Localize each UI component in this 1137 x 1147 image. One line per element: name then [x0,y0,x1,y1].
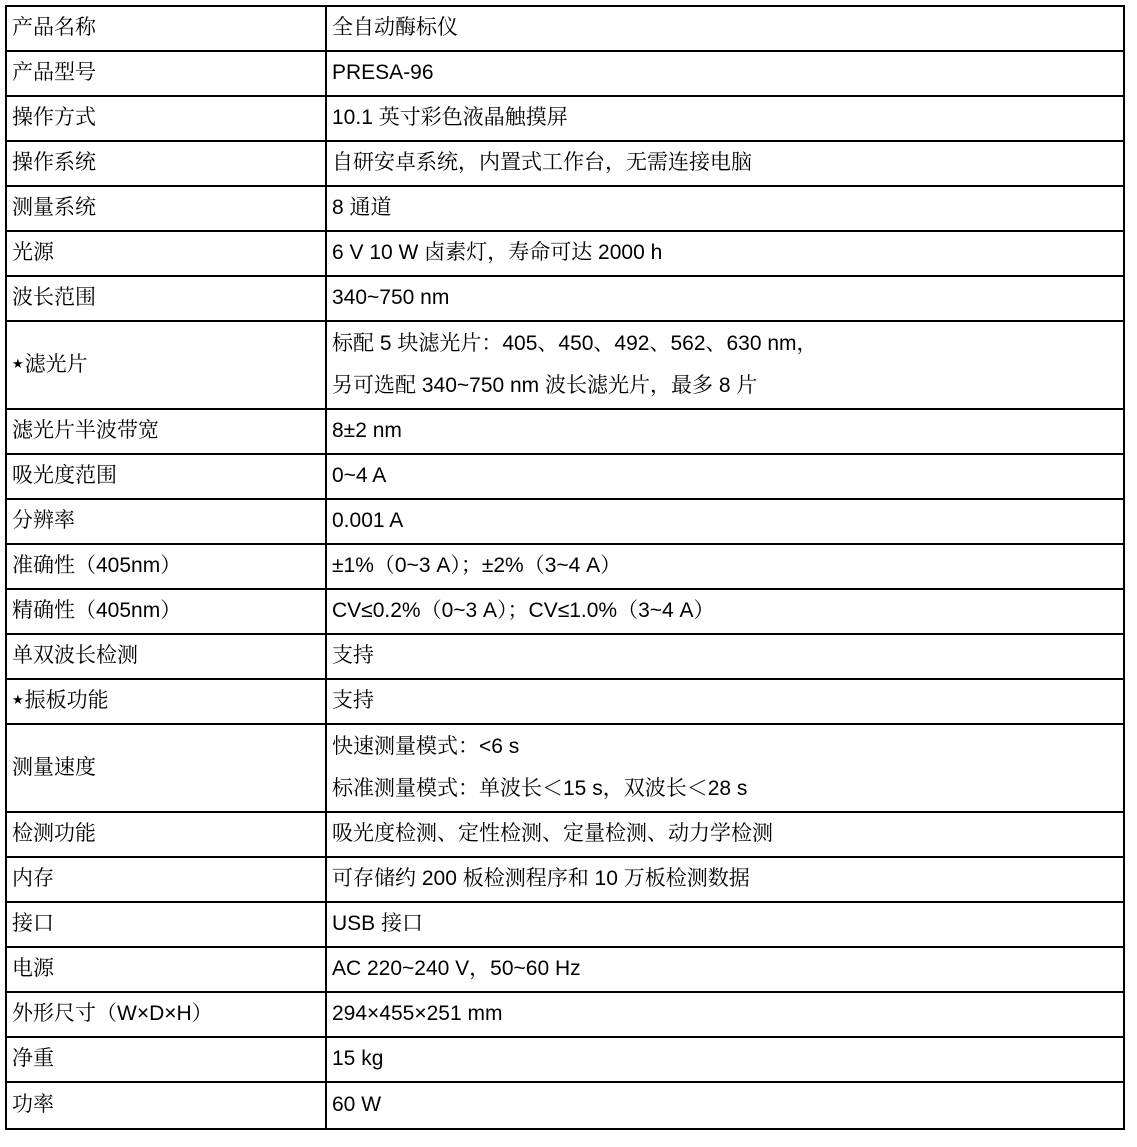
spec-label-cell: 外形尺寸（W×D×H） [7,993,327,1036]
spec-label-cell: 单双波长检测 [7,635,327,678]
spec-label-cell: 产品型号 [7,52,327,95]
spec-label: 功率 [12,1092,54,1118]
spec-label: 净重 [12,1046,54,1072]
table-row: 操作方式 10.1 英寸彩色液晶触摸屏 [7,97,1123,142]
spec-label-cell: 光源 [7,232,327,275]
spec-label-cell: 功率 [7,1083,327,1128]
spec-label: 测量速度 [12,755,96,781]
spec-label-cell: 滤光片半波带宽 [7,410,327,453]
table-row: 功率 60 W [7,1083,1123,1128]
spec-value-line: 15 kg [332,1039,1117,1080]
spec-value-cell: PRESA-96 [327,52,1123,95]
spec-label: 检测功能 [12,821,96,847]
spec-label: 波长范围 [12,285,96,311]
table-row: 检测功能 吸光度检测、定性检测、定量检测、动力学检测 [7,813,1123,858]
spec-value-line: 快速测量模式：<6 s [332,726,1117,768]
spec-label-cell: 检测功能 [7,813,327,856]
spec-sheet-page: 产品名称 全自动酶标仪 产品型号 PRESA-96 操作方式 10.1 英寸彩色… [0,0,1137,1147]
spec-value-line: 60 W [332,1085,1117,1126]
spec-label-cell: 接口 [7,903,327,946]
spec-label: 准确性（405nm） [12,553,181,579]
spec-label: 操作方式 [12,105,96,131]
spec-label-cell: 测量系统 [7,187,327,230]
spec-value-line: 8±2 nm [332,411,1117,452]
spec-label-cell: 吸光度范围 [7,455,327,498]
spec-value-cell: 吸光度检测、定性检测、定量检测、动力学检测 [327,813,1123,856]
star-marker-icon: ★ [12,692,24,708]
spec-value-cell: 294×455×251 mm [327,993,1123,1036]
spec-value-cell: 0.001 A [327,500,1123,543]
spec-value-line: 标准测量模式：单波长＜15 s，双波长＜28 s [332,768,1117,810]
table-row: 单双波长检测 支持 [7,635,1123,680]
spec-value-cell: 0~4 A [327,455,1123,498]
spec-value-line: 标配 5 块滤光片：405、450、492、562、630 nm， [332,323,1117,365]
spec-value-line: AC 220~240 V，50~60 Hz [332,949,1117,990]
spec-label: 光源 [12,240,54,266]
spec-label: 操作系统 [12,150,96,176]
spec-label: 内存 [12,866,54,892]
spec-value-cell: 全自动酶标仪 [327,7,1123,50]
table-row: 测量速度 快速测量模式：<6 s标准测量模式：单波长＜15 s，双波长＜28 s [7,725,1123,813]
spec-value-cell: 10.1 英寸彩色液晶触摸屏 [327,97,1123,140]
table-row: 内存 可存储约 200 板检测程序和 10 万板检测数据 [7,858,1123,903]
spec-value-line: 0.001 A [332,501,1117,542]
spec-label-cell: 净重 [7,1038,327,1081]
spec-label-cell: ★滤光片 [7,322,327,408]
product-spec-table: 产品名称 全自动酶标仪 产品型号 PRESA-96 操作方式 10.1 英寸彩色… [5,5,1125,1130]
spec-value-cell: 60 W [327,1083,1123,1128]
spec-label-cell: 波长范围 [7,277,327,320]
spec-value-cell: 支持 [327,680,1123,723]
spec-value-line: USB 接口 [332,904,1117,945]
spec-label: 滤光片半波带宽 [12,418,159,444]
spec-label: 测量系统 [12,195,96,221]
spec-label: 精确性（405nm） [12,598,181,624]
spec-value-cell: 标配 5 块滤光片：405、450、492、562、630 nm，另可选配 34… [327,322,1123,408]
spec-label: 接口 [12,911,54,937]
spec-value-line: 吸光度检测、定性检测、定量检测、动力学检测 [332,814,1117,855]
spec-value-line: ±1%（0~3 A）；±2%（3~4 A） [332,546,1117,587]
spec-value-line: 6 V 10 W 卤素灯，寿命可达 2000 h [332,233,1117,274]
spec-label: 单双波长检测 [12,643,138,669]
table-row: 产品名称 全自动酶标仪 [7,7,1123,52]
spec-value-cell: 8 通道 [327,187,1123,230]
spec-value-line: 另可选配 340~750 nm 波长滤光片，最多 8 片 [332,365,1117,407]
spec-value-line: PRESA-96 [332,53,1117,94]
table-row: ★滤光片 标配 5 块滤光片：405、450、492、562、630 nm，另可… [7,322,1123,410]
table-row: ★振板功能 支持 [7,680,1123,725]
spec-value-line: 全自动酶标仪 [332,8,1117,49]
spec-value-line: 自研安卓系统，内置式工作台，无需连接电脑 [332,143,1117,184]
table-row: 波长范围 340~750 nm [7,277,1123,322]
table-row: 滤光片半波带宽 8±2 nm [7,410,1123,455]
table-row: 产品型号 PRESA-96 [7,52,1123,97]
table-row: 操作系统 自研安卓系统，内置式工作台，无需连接电脑 [7,142,1123,187]
spec-value-cell: 340~750 nm [327,277,1123,320]
spec-label-cell: 操作系统 [7,142,327,185]
spec-label: 外形尺寸（W×D×H） [12,1001,213,1027]
spec-value-cell: ±1%（0~3 A）；±2%（3~4 A） [327,545,1123,588]
spec-value-line: 340~750 nm [332,278,1117,319]
spec-value-cell: 支持 [327,635,1123,678]
spec-value-cell: 自研安卓系统，内置式工作台，无需连接电脑 [327,142,1123,185]
table-row: 精确性（405nm） CV≤0.2%（0~3 A）；CV≤1.0%（3~4 A） [7,590,1123,635]
spec-value-cell: 可存储约 200 板检测程序和 10 万板检测数据 [327,858,1123,901]
table-row: 电源 AC 220~240 V，50~60 Hz [7,948,1123,993]
spec-label-cell: 产品名称 [7,7,327,50]
spec-label-cell: 电源 [7,948,327,991]
table-row: 外形尺寸（W×D×H） 294×455×251 mm [7,993,1123,1038]
spec-value-cell: 8±2 nm [327,410,1123,453]
spec-label-cell: 内存 [7,858,327,901]
spec-value-line: 294×455×251 mm [332,994,1117,1035]
spec-value-line: 可存储约 200 板检测程序和 10 万板检测数据 [332,859,1117,900]
spec-value-cell: CV≤0.2%（0~3 A）；CV≤1.0%（3~4 A） [327,590,1123,633]
spec-value-cell: USB 接口 [327,903,1123,946]
table-row: 测量系统 8 通道 [7,187,1123,232]
spec-value-line: CV≤0.2%（0~3 A）；CV≤1.0%（3~4 A） [332,591,1117,632]
spec-label-cell: 分辨率 [7,500,327,543]
spec-value-line: 10.1 英寸彩色液晶触摸屏 [332,98,1117,139]
spec-value-line: 8 通道 [332,188,1117,229]
table-row: 分辨率 0.001 A [7,500,1123,545]
spec-value-line: 支持 [332,636,1117,677]
spec-value-cell: 快速测量模式：<6 s标准测量模式：单波长＜15 s，双波长＜28 s [327,725,1123,811]
table-row: 准确性（405nm） ±1%（0~3 A）；±2%（3~4 A） [7,545,1123,590]
table-row: 光源 6 V 10 W 卤素灯，寿命可达 2000 h [7,232,1123,277]
spec-label: 振板功能 [25,688,109,714]
table-row: 净重 15 kg [7,1038,1123,1083]
spec-value-cell: 6 V 10 W 卤素灯，寿命可达 2000 h [327,232,1123,275]
spec-label: 电源 [12,956,54,982]
spec-label: 产品型号 [12,60,96,86]
table-row: 吸光度范围 0~4 A [7,455,1123,500]
spec-label: 分辨率 [12,508,75,534]
table-row: 接口 USB 接口 [7,903,1123,948]
spec-label-cell: 测量速度 [7,725,327,811]
spec-label-cell: 准确性（405nm） [7,545,327,588]
spec-value-cell: 15 kg [327,1038,1123,1081]
spec-label-cell: 操作方式 [7,97,327,140]
spec-value-line: 支持 [332,681,1117,722]
spec-label: 吸光度范围 [12,463,117,489]
spec-label-cell: ★振板功能 [7,680,327,723]
star-marker-icon: ★ [12,356,24,372]
spec-label: 产品名称 [12,15,96,41]
spec-value-cell: AC 220~240 V，50~60 Hz [327,948,1123,991]
spec-value-line: 0~4 A [332,456,1117,497]
spec-label: 滤光片 [25,352,88,378]
spec-label-cell: 精确性（405nm） [7,590,327,633]
